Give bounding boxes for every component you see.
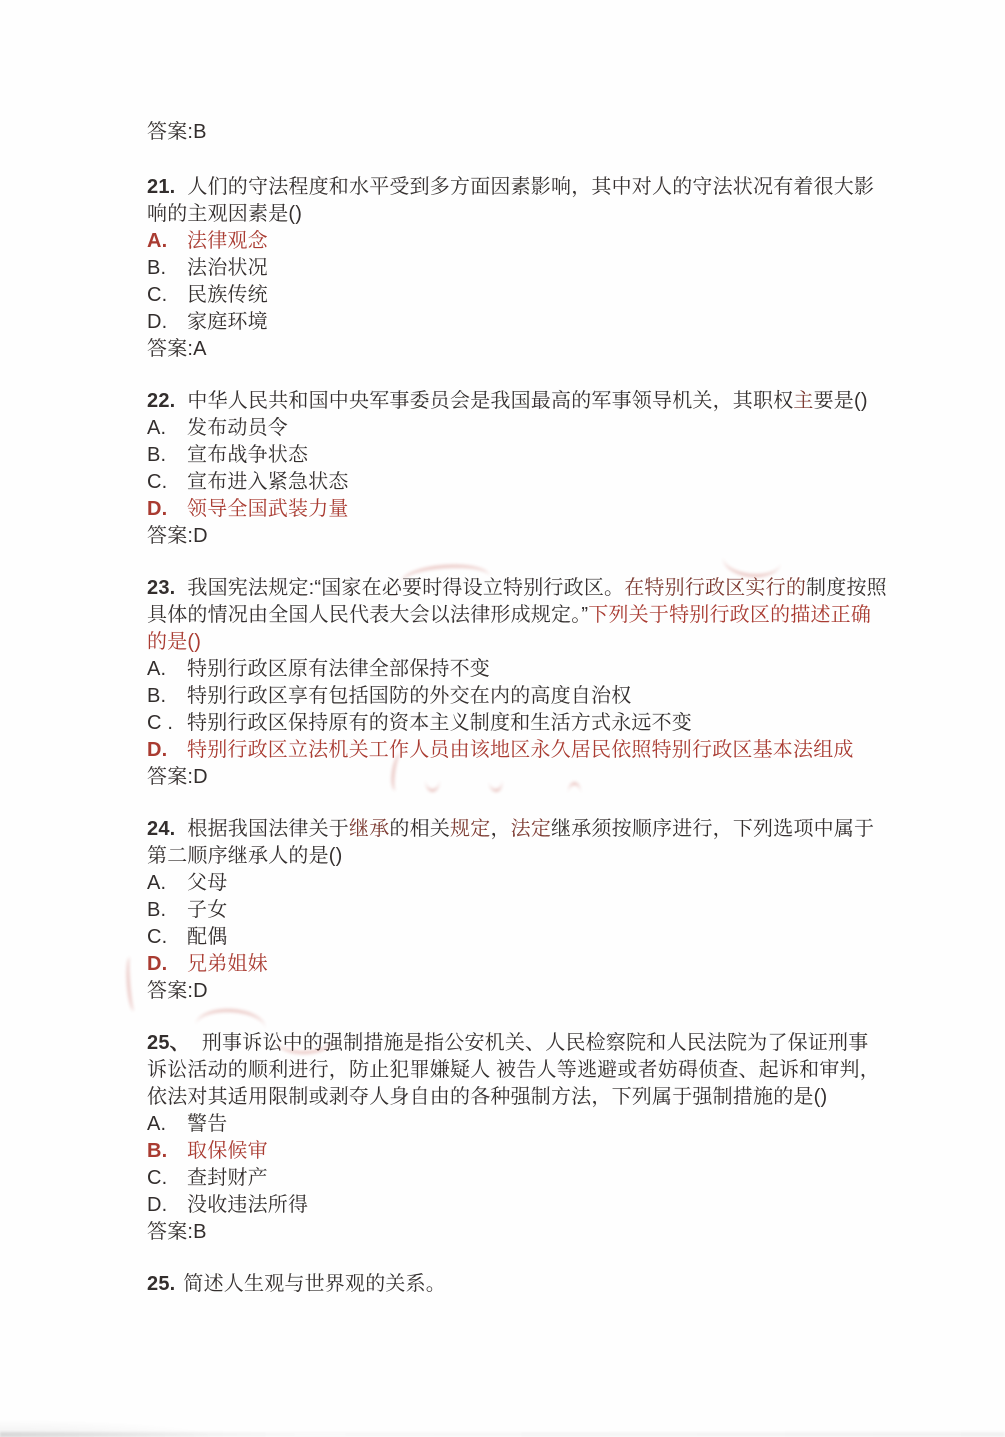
stem-segment: 的相关 (389, 818, 450, 840)
stem-segment: 规定 (450, 818, 490, 840)
option-row: D.领导全国武装力量 (147, 496, 887, 523)
short-answer-item: 25.简述人生观与世界观的关系。 (147, 1271, 887, 1298)
option-label: A. (147, 1111, 187, 1138)
option-label: D. (147, 951, 187, 978)
option-label: B. (147, 897, 187, 924)
option-text: 查封财产 (187, 1167, 268, 1189)
option-label: B. (147, 683, 187, 710)
option-row: D.家庭环境 (147, 309, 887, 336)
question-stem: 21.人们的守法程度和水平受到多方面因素影响，其中对人的守法状况有着很大影响的主… (147, 174, 887, 228)
answer-line-previous: 答案:B (147, 119, 887, 146)
watermark-mark (125, 957, 140, 1012)
answer-line: 答案:A (147, 336, 887, 363)
option-text: 配偶 (187, 926, 227, 948)
option-row: B.宣布战争状态 (147, 442, 887, 469)
option-text: 警告 (187, 1113, 227, 1135)
option-label: A. (147, 228, 187, 255)
option-row: A.发布动员令 (147, 415, 887, 442)
stem-segment: 中华人民共和国中央军事委员会是我国最高的军事领导机关，其职权 (187, 390, 793, 412)
option-row: C.民族传统 (147, 282, 887, 309)
option-text: 法治状况 (187, 257, 268, 279)
option-text: 领导全国武装力量 (187, 498, 349, 520)
stem-segment: 人们的守法程度和水平受到多方面因素影响，其中对人的守法状况有着很大影响的主观因素… (147, 176, 874, 225)
option-text: 没收违法所得 (187, 1194, 308, 1216)
answer-line: 答案:D (147, 764, 887, 791)
option-text: 宣布战争状态 (187, 444, 308, 466)
stem-segment: 主 (793, 390, 813, 412)
stem-segment: 要是() (814, 390, 868, 412)
answer-line: 答案:B (147, 1219, 887, 1246)
stem-segment: 法定 (511, 818, 551, 840)
option-label: C. (147, 924, 187, 951)
short-answer-text: 简述人生观与世界观的关系。 (183, 1273, 446, 1295)
option-row: D.没收违法所得 (147, 1192, 887, 1219)
option-label: C. (147, 1165, 187, 1192)
option-text: 特别行政区享有包括国防的外交在内的高度自治权 (187, 685, 631, 707)
option-label: A. (147, 415, 187, 442)
question-block: 22.中华人民共和国中央军事委员会是我国最高的军事领导机关，其职权主要是()A.… (147, 388, 887, 550)
option-label: A. (147, 656, 187, 683)
question-number: 22. (147, 390, 175, 412)
option-row: B.特别行政区享有包括国防的外交在内的高度自治权 (147, 683, 887, 710)
option-label: C. (147, 469, 187, 496)
option-label: D. (147, 737, 187, 764)
option-text: 发布动员令 (187, 417, 288, 439)
question-block: 25、刑事诉讼中的强制措施是指公安机关、人民检察院和人民法院为了保证刑事诉讼活动… (147, 1030, 887, 1246)
question-number: 24. (147, 818, 175, 840)
option-text: 特别行政区立法机关工作人员由该地区永久居民依照特别行政区基本法组成 (187, 739, 854, 761)
option-row: A.特别行政区原有法律全部保持不变 (147, 656, 887, 683)
option-text: 民族传统 (187, 284, 268, 306)
question-number: 21. (147, 176, 175, 198)
question-stem: 24.根据我国法律关于继承的相关规定，法定继承须按顺序进行，下列选项中属于第二顺… (147, 816, 887, 870)
option-label: B. (147, 442, 187, 469)
option-text: 特别行政区原有法律全部保持不变 (187, 658, 490, 680)
stem-segment: 我国宪法规定:“国家在必要时得设立特别行政区。 (187, 577, 624, 599)
option-label: B. (147, 255, 187, 282)
option-row: B.子女 (147, 897, 887, 924)
stem-segment: ， (490, 818, 510, 840)
option-label: D. (147, 496, 187, 523)
stem-segment: 在特别行政区实行的 (624, 577, 806, 599)
answer-line: 答案:D (147, 978, 887, 1005)
exam-page: 答案:B 21.人们的守法程度和水平受到多方面因素影响，其中对人的守法状况有着很… (0, 0, 1005, 1437)
option-text: 取保候审 (187, 1140, 268, 1162)
question-block: 21.人们的守法程度和水平受到多方面因素影响，其中对人的守法状况有着很大影响的主… (147, 174, 887, 363)
option-text: 子女 (187, 899, 227, 921)
option-text: 家庭环境 (187, 311, 268, 333)
stem-segment: 继承 (349, 818, 389, 840)
option-label: B. (147, 1138, 187, 1165)
option-text: 宣布进入紧急状态 (187, 471, 349, 493)
option-row: B.取保候审 (147, 1138, 887, 1165)
stem-segment: 刑事诉讼中的强制措施是指公安机关、人民检察院和人民法院为了保证刑事诉讼活动的顺利… (147, 1032, 880, 1108)
stem-segment: 根据我国法律关于 (187, 818, 349, 840)
option-row: C.配偶 (147, 924, 887, 951)
question-stem: 22.中华人民共和国中央军事委员会是我国最高的军事领导机关，其职权主要是() (147, 388, 887, 415)
content-column: 答案:B 21.人们的守法程度和水平受到多方面因素影响，其中对人的守法状况有着很… (147, 119, 887, 1298)
photo-bottom-edge (0, 1432, 1005, 1437)
option-text: 法律观念 (187, 230, 268, 252)
option-text: 特别行政区保持原有的资本主义制度和生活方式永远不变 (187, 712, 692, 734)
option-row: C .特别行政区保持原有的资本主义制度和生活方式永远不变 (147, 710, 887, 737)
option-row: A.父母 (147, 870, 887, 897)
option-label: D. (147, 1192, 187, 1219)
question-number: 23. (147, 577, 175, 599)
option-text: 父母 (187, 872, 227, 894)
option-row: C.宣布进入紧急状态 (147, 469, 887, 496)
option-row: B.法治状况 (147, 255, 887, 282)
question-number: 25. (147, 1273, 175, 1295)
option-row: D.兄弟姐妹 (147, 951, 887, 978)
answer-line: 答案:D (147, 523, 887, 550)
question-stem: 25、刑事诉讼中的强制措施是指公安机关、人民检察院和人民法院为了保证刑事诉讼活动… (147, 1030, 887, 1111)
question-block: 24.根据我国法律关于继承的相关规定，法定继承须按顺序进行，下列选项中属于第二顺… (147, 816, 887, 1005)
option-text: 兄弟姐妹 (187, 953, 268, 975)
question-list: 21.人们的守法程度和水平受到多方面因素影响，其中对人的守法状况有着很大影响的主… (147, 174, 887, 1246)
option-row: C.查封财产 (147, 1165, 887, 1192)
option-row: A.法律观念 (147, 228, 887, 255)
option-row: D.特别行政区立法机关工作人员由该地区永久居民依照特别行政区基本法组成 (147, 737, 887, 764)
option-row: A.警告 (147, 1111, 887, 1138)
option-label: C. (147, 282, 187, 309)
question-block: 23.我国宪法规定:“国家在必要时得设立特别行政区。在特别行政区实行的制度按照具… (147, 575, 887, 791)
question-stem: 23.我国宪法规定:“国家在必要时得设立特别行政区。在特别行政区实行的制度按照具… (147, 575, 887, 656)
question-number: 25、 (147, 1032, 190, 1054)
option-label: D. (147, 309, 187, 336)
option-label: A. (147, 870, 187, 897)
option-label: C . (147, 710, 187, 737)
